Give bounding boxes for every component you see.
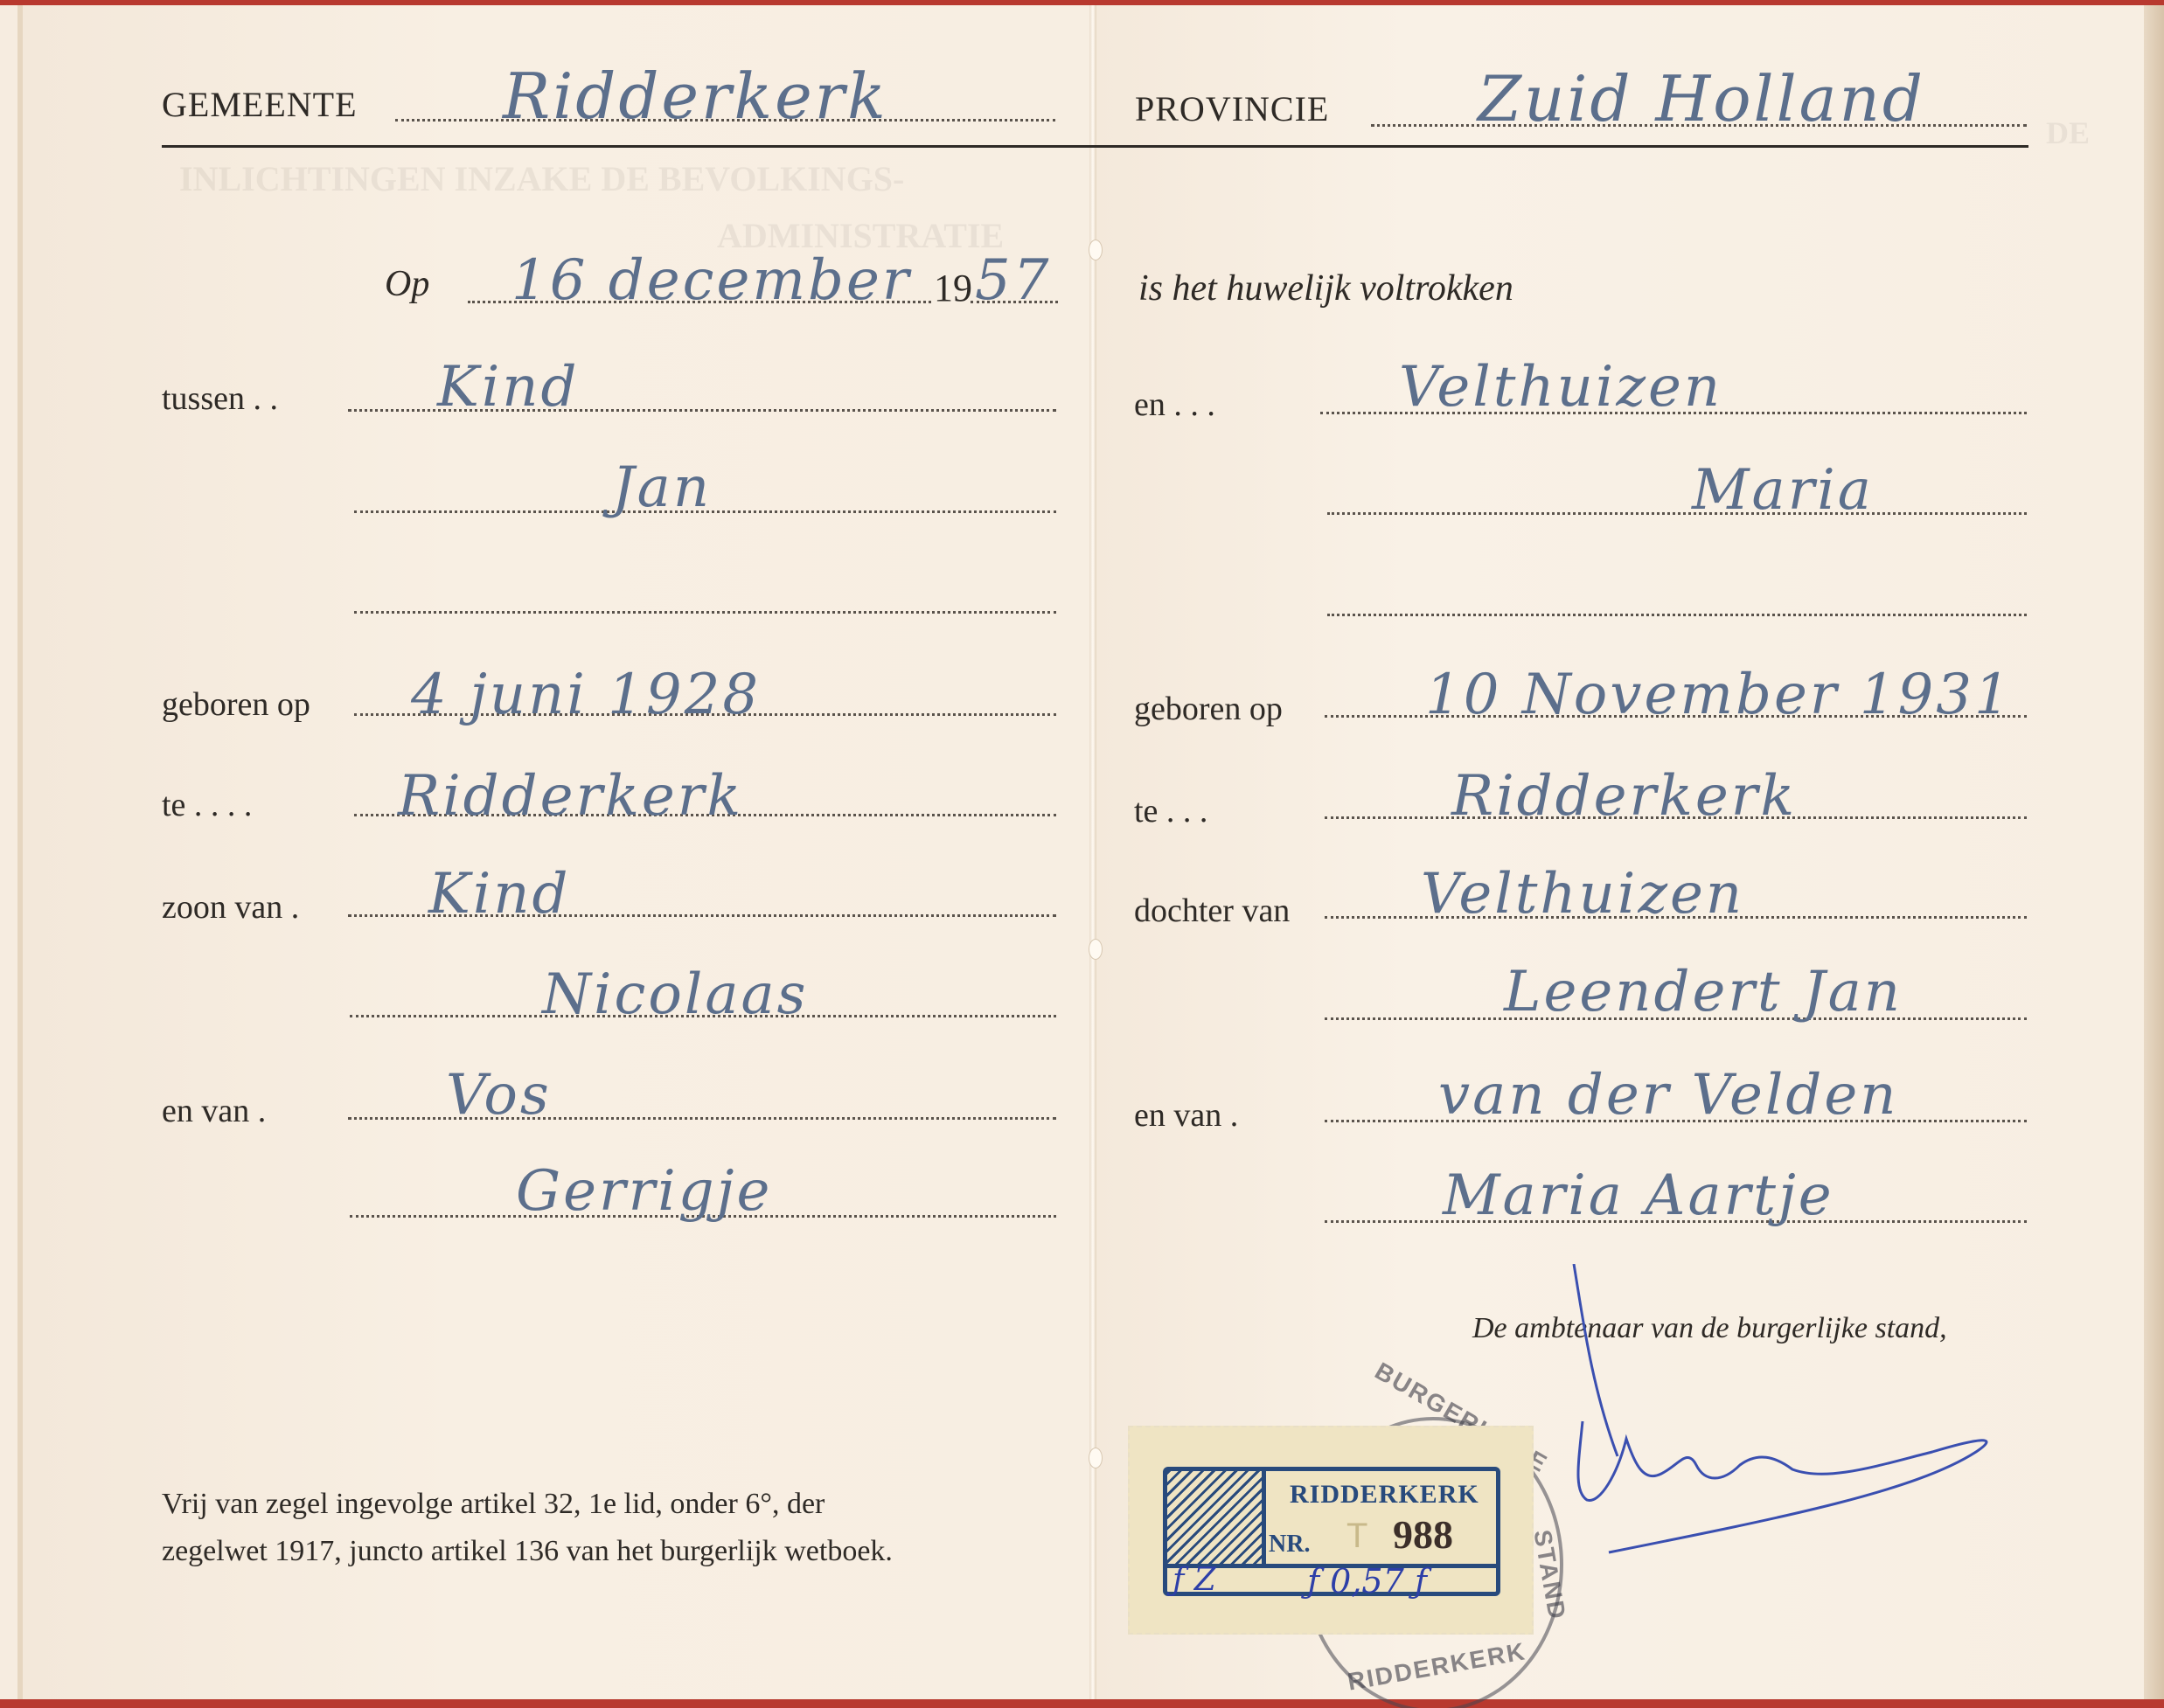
bleed-through-text: DE [2046, 115, 2090, 151]
bleed-through-text: INLICHTINGEN INZAKE DE BEVOLKINGS- [179, 158, 904, 199]
bride-surname: Velthuizen [1399, 355, 1722, 420]
bride-given: Maria [1692, 458, 1874, 523]
extra-line [1327, 614, 2027, 616]
bride-geboren-label: geboren op [1134, 690, 1283, 728]
tussen-label: tussen . . [162, 379, 278, 418]
groom-father-surname: Kind [428, 862, 570, 927]
stamp-city: RIDDERKERK [1290, 1480, 1479, 1510]
stamp-cancel-mark: ƒ Z [1172, 1562, 1216, 1598]
header-rule [162, 145, 2028, 148]
registrar-signature [1565, 1264, 2037, 1561]
op-label: Op [385, 263, 429, 305]
huwelijk-text: is het huwelijk voltrokken [1138, 267, 1513, 309]
groom-surname: Kind [437, 355, 579, 420]
knight-emblem-icon [1167, 1471, 1266, 1568]
stamp-exemption-note: Vrij van zegel ingevolge artikel 32, 1e … [162, 1481, 1036, 1575]
bride-te-label: te . . . [1134, 792, 1207, 830]
gemeente-value: Ridderkerk [503, 59, 888, 133]
stamp-nr-label: NR. [1269, 1531, 1310, 1559]
bride-en-label: en . . . [1134, 385, 1215, 424]
stamp-value: ƒ 0,57 ƒ [1307, 1562, 1427, 1600]
gemeente-label: GEMEENTE [162, 84, 358, 125]
binding-thread [1089, 939, 1103, 960]
bride-birth-place: Ridderkerk [1451, 764, 1797, 829]
fee-stamp: RIDDERKERK NR. T 988 ƒ Z ƒ 0,57 ƒ [1128, 1426, 1534, 1635]
bride-given-line [1327, 512, 2027, 515]
year-suffix: 57 [975, 248, 1051, 313]
groom-mother-surname: Vos [446, 1063, 552, 1128]
bride-father-surname: Velthuizen [1421, 862, 1744, 927]
bride-en-van-label: en van . [1134, 1096, 1238, 1135]
groom-birth-place: Ridderkerk [398, 764, 743, 829]
stamp-number: 988 [1393, 1511, 1453, 1558]
provincie-label: PROVINCIE [1135, 88, 1329, 129]
dochter-van-label: dochter van [1134, 892, 1290, 930]
groom-geboren-label: geboren op [162, 685, 310, 724]
page-edge [2144, 5, 2164, 1699]
marriage-date: 16 december [511, 248, 911, 313]
groom-birth-date: 4 juni 1928 [411, 663, 761, 727]
groom-mother-given: Gerrigje [516, 1159, 772, 1224]
bride-mother-surname: van der Velden [1438, 1063, 1898, 1128]
footnote-line-1: Vrij van zegel ingevolge artikel 32, 1e … [162, 1481, 1036, 1528]
year-prefix: 19 [934, 266, 972, 310]
zoon-van-label: zoon van . [162, 888, 299, 927]
extra-line [354, 611, 1056, 614]
groom-te-label: te . . . . [162, 786, 252, 824]
provincie-value: Zuid Holland [1478, 62, 1925, 135]
groom-en-van-label: en van . [162, 1092, 266, 1130]
stamp-frame: RIDDERKERK NR. T 988 ƒ Z ƒ 0,57 ƒ [1163, 1467, 1500, 1596]
bride-father-given: Leendert Jan [1504, 960, 1903, 1024]
binding-thread [1089, 1448, 1103, 1468]
certificate-booklet: INLICHTINGEN INZAKE DE BEVOLKINGS- ADMIN… [0, 5, 2164, 1699]
groom-father-given: Nicolaas [542, 962, 808, 1027]
binding-thread [1089, 240, 1103, 260]
footnote-line-2: zegelwet 1917, juncto artikel 136 van he… [162, 1528, 1036, 1575]
groom-given: Jan [612, 455, 712, 520]
bride-mother-given: Maria Aartje [1443, 1163, 1834, 1228]
bride-birth-date: 10 November 1931 [1425, 663, 2013, 727]
stamp-series-letter: T [1346, 1517, 1367, 1556]
